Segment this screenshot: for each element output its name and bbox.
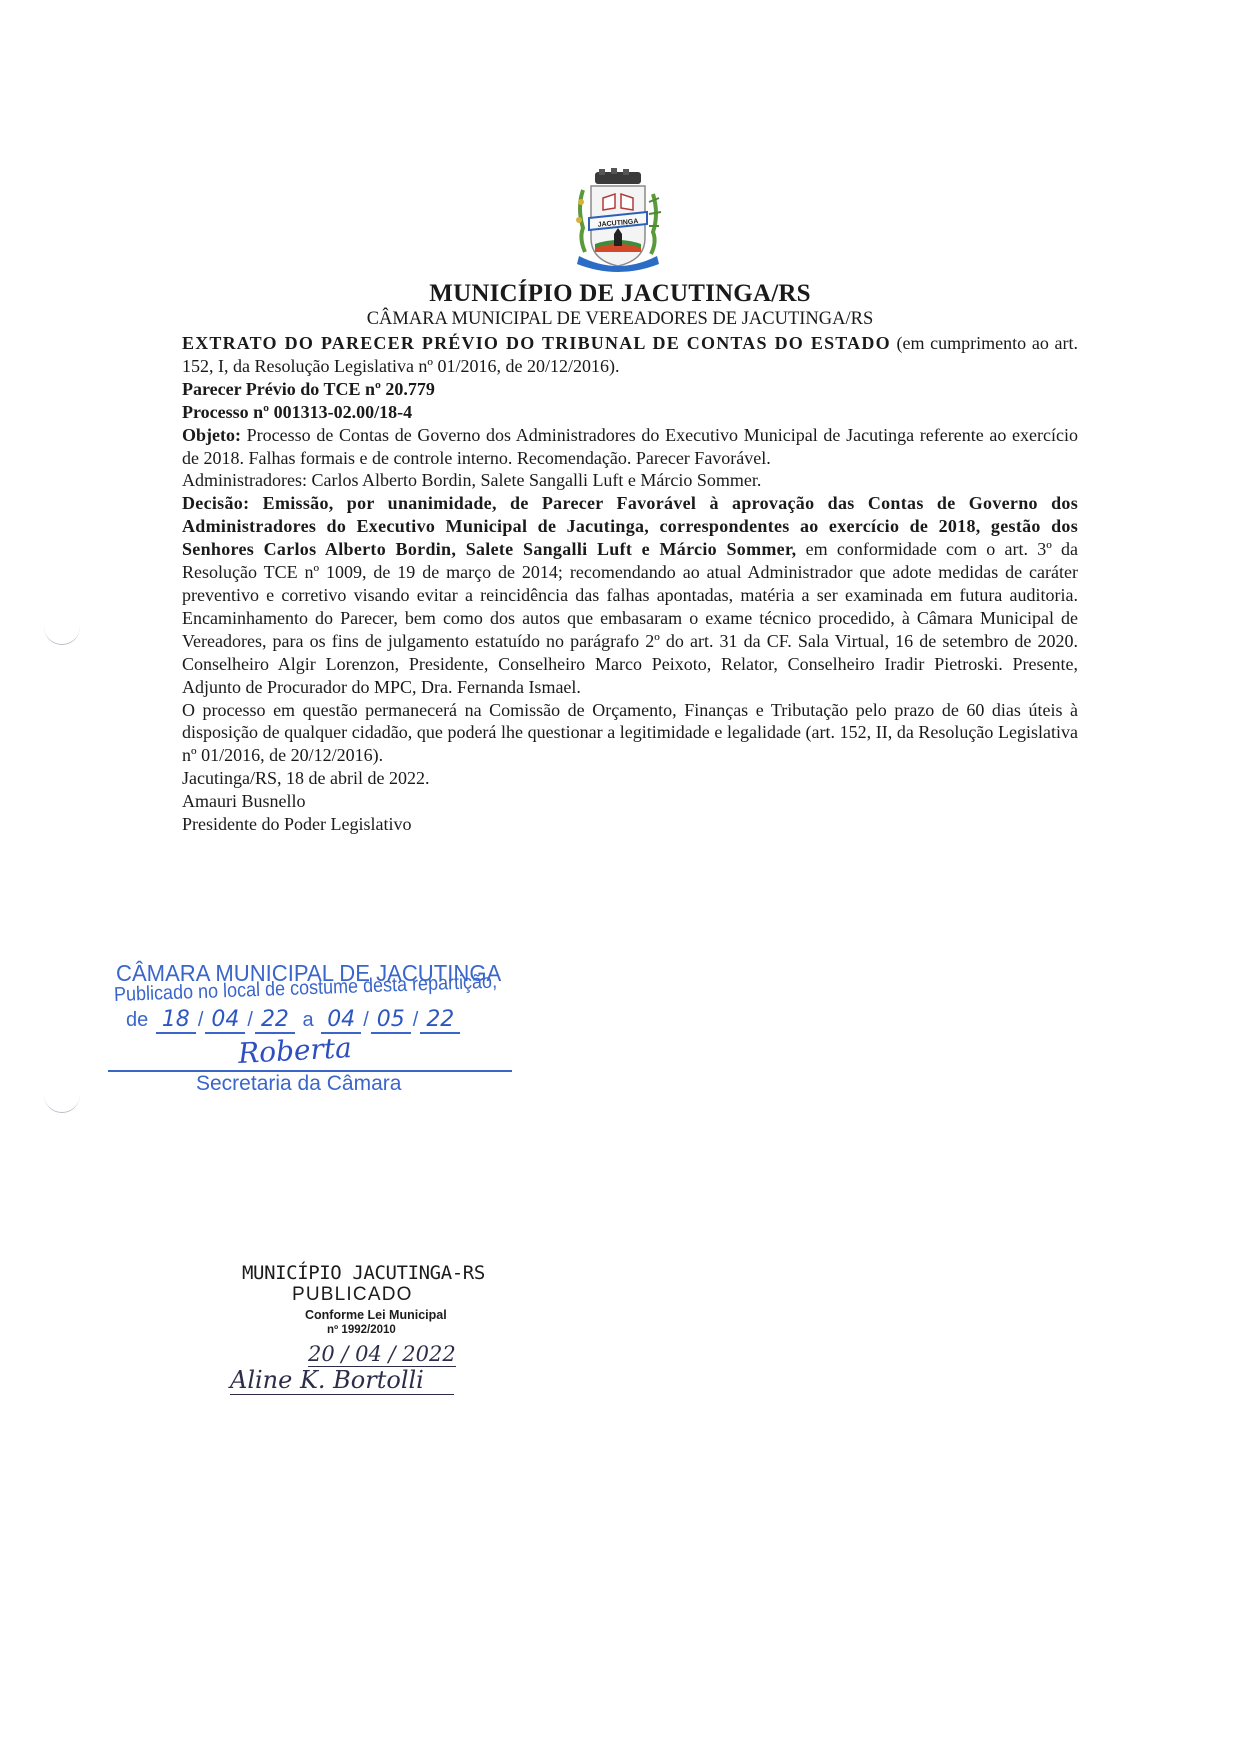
extrato-title: EXTRATO DO PARECER PRÉVIO DO TRIBUNAL DE… [182, 333, 891, 353]
from-label: de [126, 1009, 148, 1031]
signer-role: Presidente do Poder Legislativo [182, 813, 1078, 836]
signer-name: Amauri Busnello [182, 790, 1078, 813]
stamp-municipio-line4: nº 1992/2010 [327, 1324, 396, 1336]
parecer-number: Parecer Prévio do TCE nº 20.779 [182, 378, 1078, 401]
objeto-label: Objeto: [182, 425, 241, 445]
document-body: EXTRATO DO PARECER PRÉVIO DO TRIBUNAL DE… [182, 332, 1078, 836]
stamp-municipio-line2: PUBLICADO [292, 1284, 413, 1306]
municipio-publication-stamp: MUNICÍPIO JACUTINGA-RS PUBLICADO Conform… [220, 1262, 540, 1392]
chamber-subtitle: CÂMARA MUNICIPAL DE VEREADORES DE JACUTI… [0, 309, 1240, 330]
stamp-municipio-line3: Conforme Lei Municipal [305, 1308, 447, 1322]
decisao-text: em conformidade com o art. 3º da Resoluç… [182, 539, 1078, 696]
stamp-municipio-signature: Aline K. Bortolli [230, 1366, 454, 1395]
punch-hole-mark [44, 1090, 80, 1113]
from-day: 18 [156, 1007, 196, 1034]
objeto-text: Processo de Contas de Governo dos Admini… [182, 425, 1078, 468]
processo-number: Processo nº 001313-02.00/18-4 [182, 401, 1078, 424]
to-year: 22 [420, 1007, 460, 1034]
to-month: 05 [371, 1007, 411, 1034]
coat-of-arms-icon: JACUTINGA [553, 168, 683, 276]
stamp-municipio-date: 20 / 04 / 2022 [308, 1342, 456, 1367]
place-date: Jacutinga/RS, 18 de abril de 2022. [182, 767, 1078, 790]
to-label: a [303, 1009, 314, 1031]
parecer-number-text: Parecer Prévio do TCE nº 20.779 [182, 379, 435, 399]
to-day: 04 [321, 1007, 361, 1034]
decisao-paragraph: Decisão: Emissão, por unanimidade, de Pa… [182, 492, 1078, 698]
stamp-camara-dates: de 18/04/22 a 04/05/22 [126, 1007, 462, 1034]
from-year: 22 [255, 1007, 295, 1034]
processo-note: O processo em questão permanecerá na Com… [182, 699, 1078, 768]
administradores-line: Administradores: Carlos Alberto Bordin, … [182, 469, 1078, 492]
municipality-title: MUNICÍPIO DE JACUTINGA/RS [0, 280, 1240, 308]
secretary-signature: Roberta [237, 1031, 352, 1070]
camara-publication-stamp: CÂMARA MUNICIPAL DE JACUTINGA Publicado … [106, 960, 526, 1100]
extrato-heading: EXTRATO DO PARECER PRÉVIO DO TRIBUNAL DE… [182, 332, 1078, 378]
stamp-municipio-line1: MUNICÍPIO JACUTINGA-RS [242, 1262, 485, 1284]
objeto-paragraph: Objeto: Processo de Contas de Governo do… [182, 424, 1078, 470]
stamp-camara-role: Secretaria da Câmara [196, 1072, 401, 1096]
processo-number-text: Processo nº 001313-02.00/18-4 [182, 402, 412, 422]
coat-of-arms-logo: JACUTINGA [553, 168, 683, 276]
from-month: 04 [205, 1007, 245, 1034]
punch-hole-mark [44, 622, 80, 645]
